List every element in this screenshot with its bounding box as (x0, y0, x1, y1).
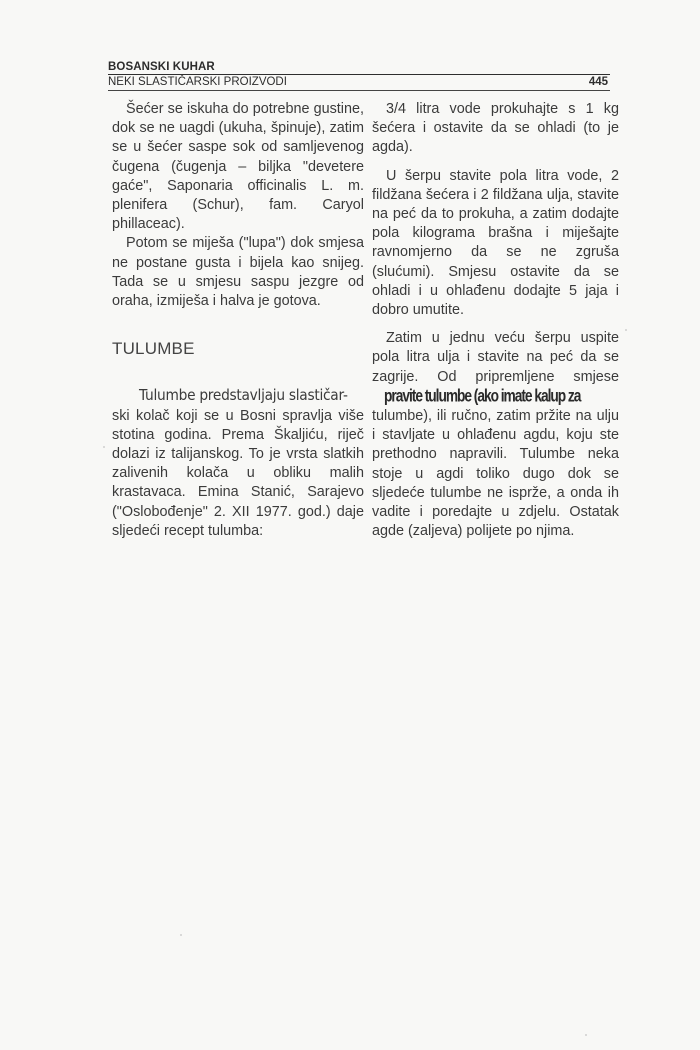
recipe-paragraph-2: U šerpu stavite pola litra vode, 2 fildž… (372, 167, 619, 321)
halva-paragraph-2: Potom se miješa ("lupa") dok smjesa ne p… (112, 234, 364, 311)
left-column: Šećer se iskuha do potrebne gustine, dok… (112, 100, 364, 541)
recipe-paragraph-3: Zatim u jednu veću šerpu uspite pola lit… (372, 329, 619, 541)
scan-speck (625, 329, 627, 331)
chapter-header-line: NEKI SLASTIČARSKI PROIZVODI 445 (108, 75, 610, 91)
page-number: 445 (589, 76, 610, 89)
tulumbe-intro-paragraph: Tulumbe predstavljaju slastičar- ski kol… (112, 386, 364, 541)
tulumbe-intro-first-line: Tulumbe predstavljaju slastičar- (126, 386, 348, 405)
scan-speck (180, 934, 182, 936)
scan-speck (585, 1034, 587, 1036)
scanned-book-page: BOSANSKI KUHAR NEKI SLASTIČARSKI PROIZVO… (0, 0, 700, 1050)
recipe-paragraph-1: 3/4 litra vode prokuhajte s 1 kg šećera … (372, 100, 619, 158)
book-title: BOSANSKI KUHAR (108, 61, 610, 75)
recipe-paragraph-3-start: Zatim u jednu veću šerpu uspite pola lit… (372, 330, 619, 384)
section-title-tulumbe: TULUMBE (112, 339, 364, 358)
scan-speck (103, 446, 105, 448)
tulumbe-intro-rest: ski kolač koji se u Bosni spravlja više … (112, 408, 364, 539)
recipe-paragraph-3-end: tulumbe), ili ručno, zatim pržite na ulj… (372, 408, 619, 539)
halva-paragraph-1: Šećer se iskuha do potrebne gustine, dok… (112, 100, 364, 234)
recipe-paragraph-3-distorted-line: pravite tulumbe (ako imate kalup za (372, 386, 580, 408)
running-head: BOSANSKI KUHAR NEKI SLASTIČARSKI PROIZVO… (108, 61, 610, 91)
chapter-title: NEKI SLASTIČARSKI PROIZVODI (108, 76, 287, 89)
right-column: 3/4 litra vode prokuhajte s 1 kg šećera … (372, 100, 619, 541)
